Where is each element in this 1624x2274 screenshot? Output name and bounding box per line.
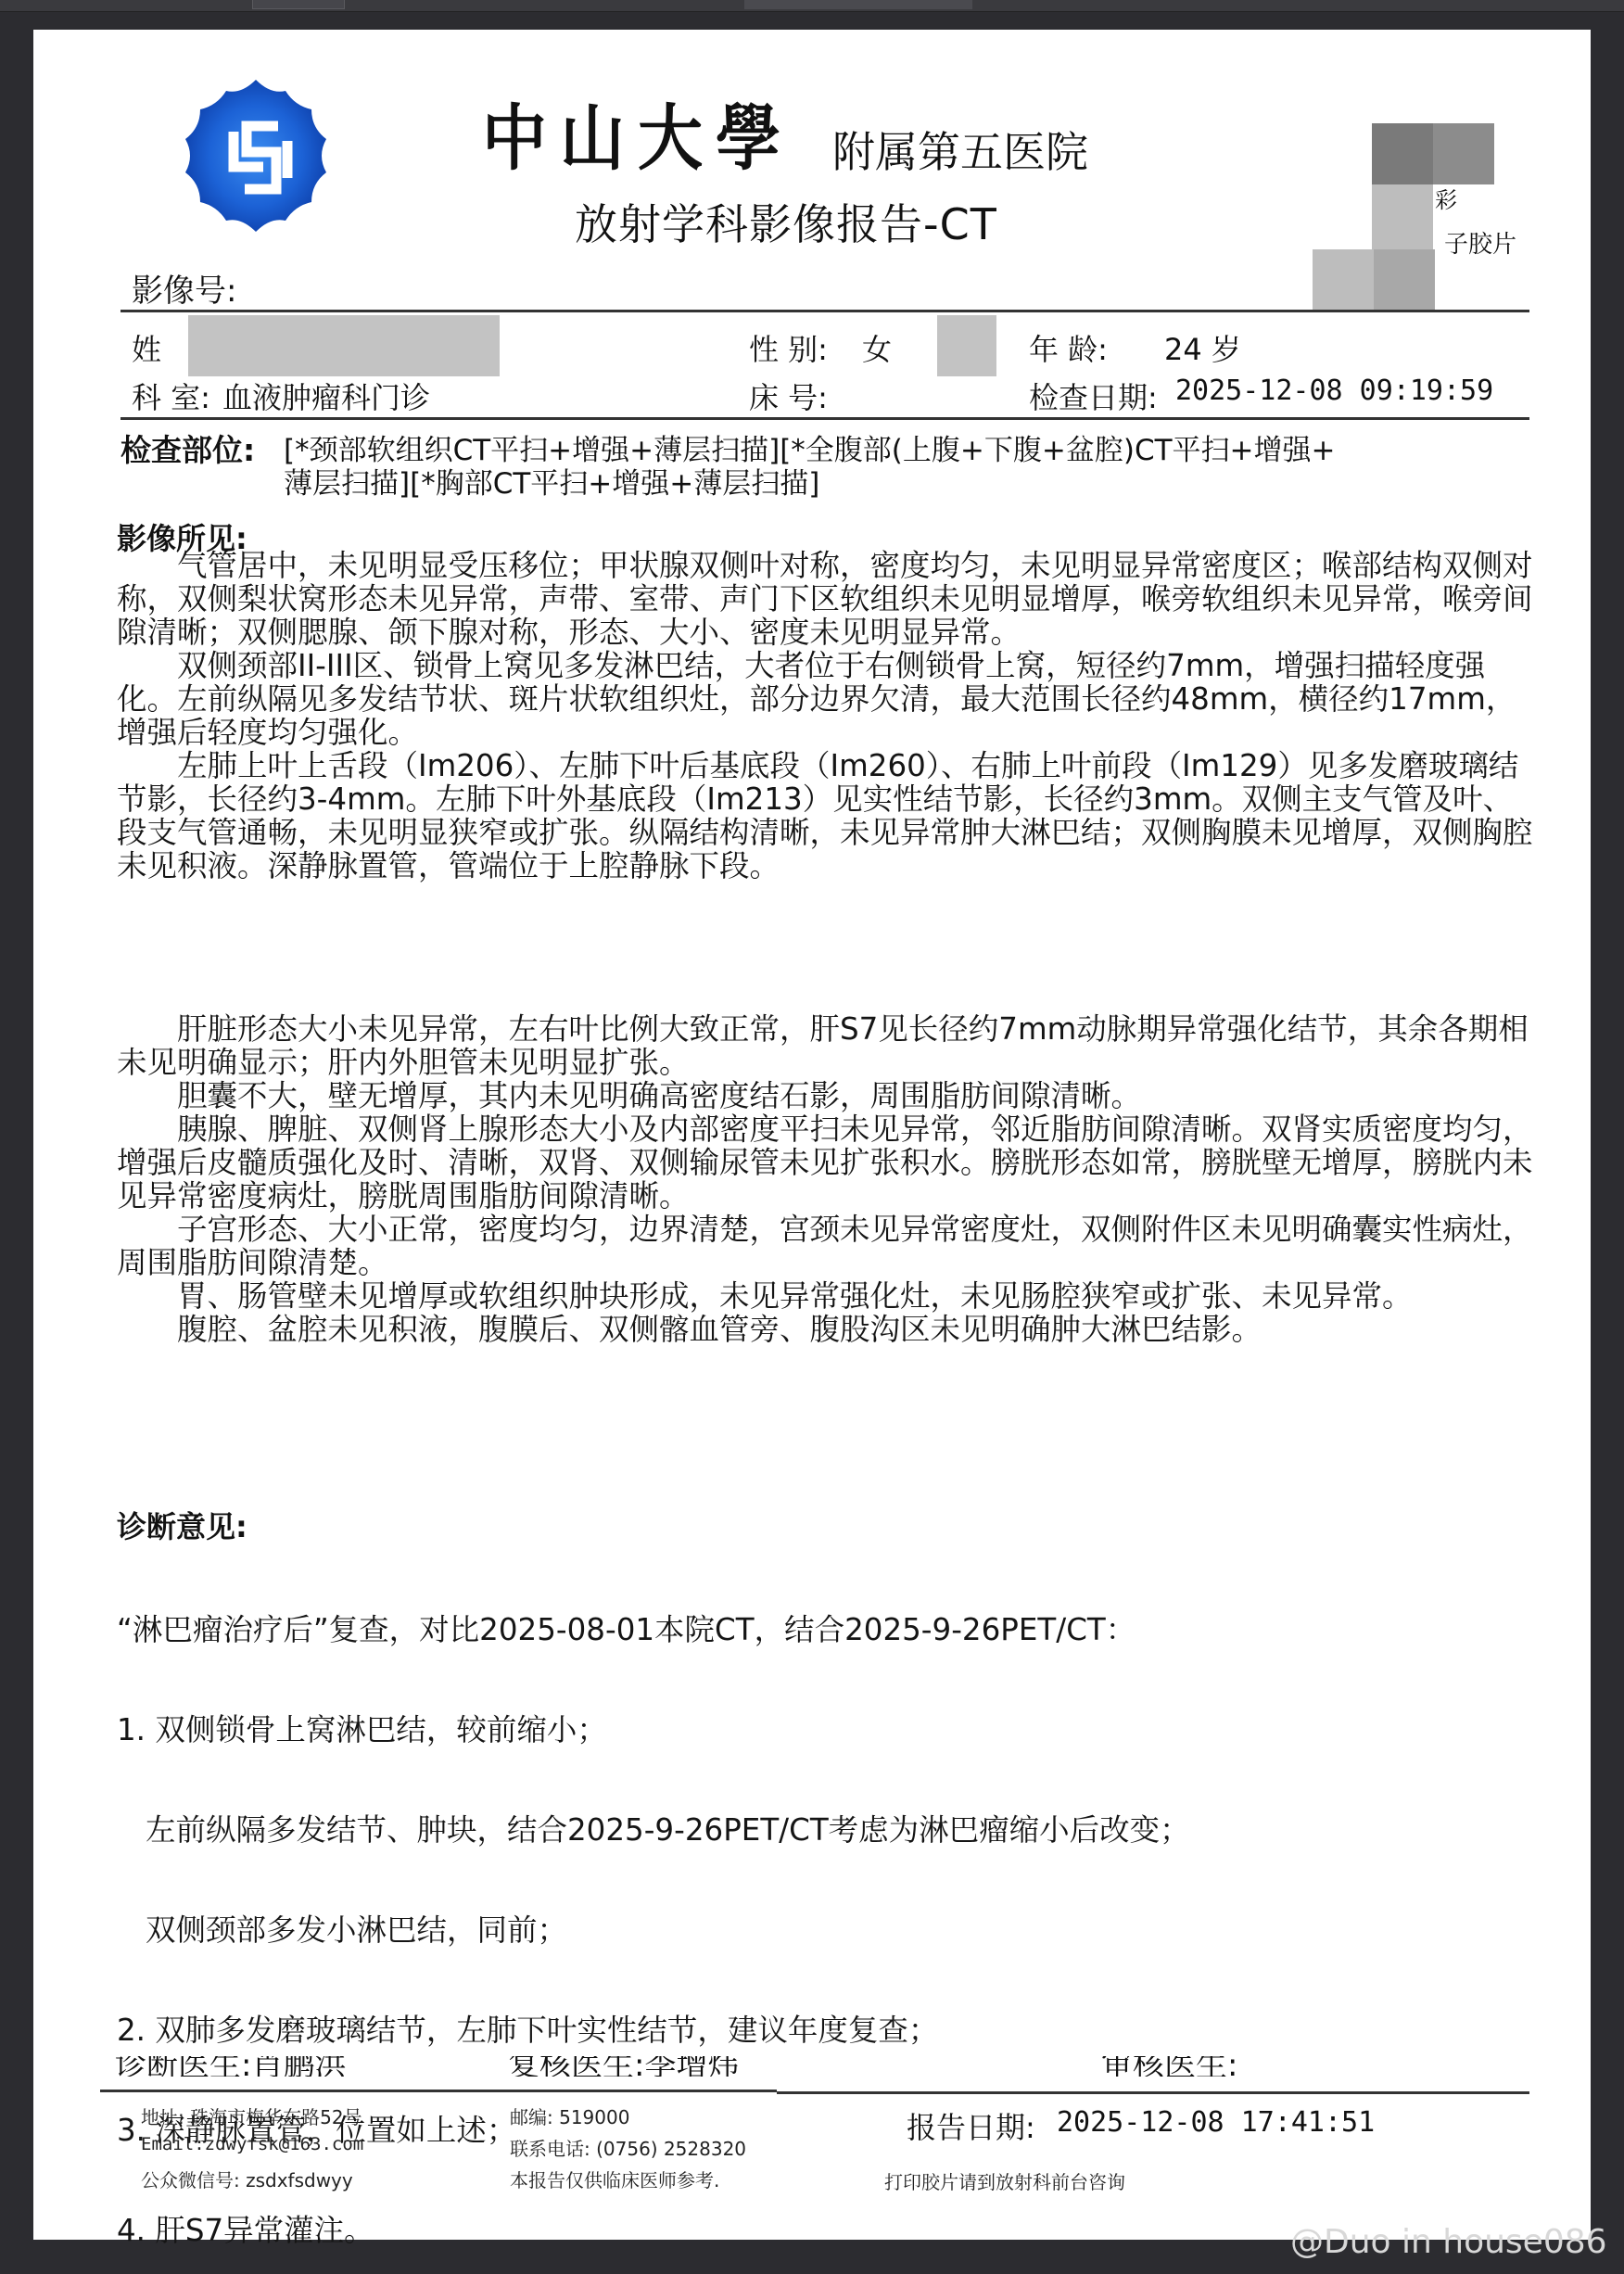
findings-paragraph: 胆囊不大，壁无增厚，其内未见明确高密度结石影，周围脂肪间隙清晰。 [117, 1079, 1535, 1112]
findings-block-1: 气管居中，未见明显受压移位；甲状腺双侧叶对称，密度均匀，未见明显异常密度区；喉部… [117, 549, 1535, 883]
footer-film-note: 打印胶片请到放射科前台咨询 [884, 2167, 1125, 2194]
header-divider [121, 310, 1529, 312]
report-title: 放射学科影像报告-CT [575, 191, 997, 252]
footer-address: 地址: 珠海市梅华东路52号 [141, 2102, 362, 2129]
redaction-block [1372, 123, 1433, 184]
hospital-name: 附属第五医院 [832, 119, 1088, 180]
sex-value: 女 [862, 326, 892, 369]
exam-parts-label: 检查部位: [121, 426, 255, 470]
film-label: 子胶片 [1444, 225, 1516, 260]
age-label: 年 龄: [1029, 326, 1108, 369]
redaction-block [1433, 123, 1494, 184]
image-no-label: 影像号: [132, 265, 236, 311]
footer-wechat: 公众微信号: zsdxfsdwyy [141, 2166, 353, 2192]
film-label-partial: 彩 [1435, 182, 1457, 214]
footer-disclaimer: 本报告仅供临床医师参考. [510, 2166, 719, 2192]
findings-block-2: 肝脏形态大小未见异常，左右叶比例大致正常，肝S7见长径约7mm动脉期异常强化结节… [117, 1012, 1535, 1346]
report-date-value: 2025-12-08 17:41:51 [1057, 2106, 1375, 2139]
patient-info-divider [121, 417, 1529, 420]
footer-email: Email:zdwyfsk@163.com [141, 2134, 363, 2154]
patient-name-redacted [188, 315, 500, 376]
diagnosis-title: 诊断意见: [117, 1504, 247, 1546]
diagnosis-intro: “淋巴瘤治疗后”复查，对比2025-08-01本院CT，结合2025-9-26P… [117, 1613, 1535, 1646]
findings-paragraph: 腹腔、盆腔未见积液，腹膜后、双侧髂血管旁、腹股沟区未见明确肿大淋巴结影。 [117, 1313, 1535, 1346]
viewer-tab[interactable] [252, 0, 345, 9]
footer-divider-right [777, 2091, 1529, 2094]
viewer-toolbar [0, 0, 1624, 12]
bed-label: 床 号: [749, 375, 828, 417]
findings-paragraph: 左肺上叶上舌段（Im206）、左肺下叶后基底段（Im260）、右肺上叶前段（Im… [117, 749, 1535, 883]
age-value: 24 岁 [1164, 326, 1241, 369]
watermark: @Duo in house086 [1290, 2223, 1607, 2261]
hospital-logo-icon [174, 74, 337, 237]
findings-paragraph: 气管居中，未见明显受压移位；甲状腺双侧叶对称，密度均匀，未见明显异常密度区；喉部… [117, 549, 1535, 649]
diagnosis-line: 1. 双侧锁骨上窝淋巴结，较前缩小； [117, 1713, 1535, 1747]
diagnosis-line: 左前纵隔多发结节、肿块，结合2025-9-26PET/CT考虑为淋巴瘤缩小后改变… [117, 1813, 1535, 1847]
findings-paragraph: 肝脏形态大小未见异常，左右叶比例大致正常，肝S7见长径约7mm动脉期异常强化结节… [117, 1012, 1535, 1079]
redaction-block [1372, 184, 1433, 249]
redaction-block [937, 315, 996, 376]
redaction-block [1374, 249, 1435, 312]
diagnosis-line: 双侧颈部多发小淋巴结，同前； [117, 1913, 1535, 1947]
department-value: 血液肿瘤科门诊 [222, 375, 430, 417]
redaction-block [1313, 249, 1374, 312]
footer-phone: 联系电话: (0756) 2528320 [510, 2134, 746, 2161]
approving-doctor: 审核医生: [1101, 2056, 1398, 2077]
footer-divider-left [100, 2090, 777, 2092]
findings-paragraph: 子宫形态、大小正常，密度均匀，边界清楚，宫颈未见异常密度灶，双侧附件区未见明确囊… [117, 1213, 1535, 1279]
footer-postcode: 邮编: 519000 [510, 2102, 629, 2129]
viewer-tab-active[interactable] [744, 0, 972, 9]
exam-parts-line2: 薄层扫描][*胸部CT平扫+增强+薄层扫描] [284, 460, 819, 502]
university-name: 中山大學 [482, 82, 793, 184]
reviewing-doctor: 复核医生:李增炜 [508, 2056, 805, 2077]
findings-paragraph: 胰腺、脾脏、双侧肾上腺形态大小及内部密度平扫未见异常，邻近脂肪间隙清晰。双肾实质… [117, 1112, 1535, 1213]
diagnosis-line: 2. 双肺多发磨玻璃结节，左肺下叶实性结节，建议年度复查； [117, 2014, 1535, 2047]
exam-date-value: 2025-12-08 09:19:59 [1175, 375, 1493, 407]
findings-paragraph: 双侧颈部II-III区、锁骨上窝见多发淋巴结，大者位于右侧锁骨上窝，短径约7mm… [117, 649, 1535, 749]
sex-label: 性 别: [749, 326, 828, 369]
diagnosing-doctor: 诊断医生:肖鹏洪 [115, 2056, 412, 2077]
department-label: 科 室: [132, 375, 210, 417]
exam-date-label: 检查日期: [1029, 375, 1158, 417]
name-label: 姓 [132, 326, 161, 369]
findings-paragraph: 胃、肠管壁未见增厚或软组织肿块形成，未见异常强化灶，未见肠腔狭窄或扩张、未见异常… [117, 1279, 1535, 1313]
report-date-label: 报告日期: [907, 2104, 1035, 2147]
